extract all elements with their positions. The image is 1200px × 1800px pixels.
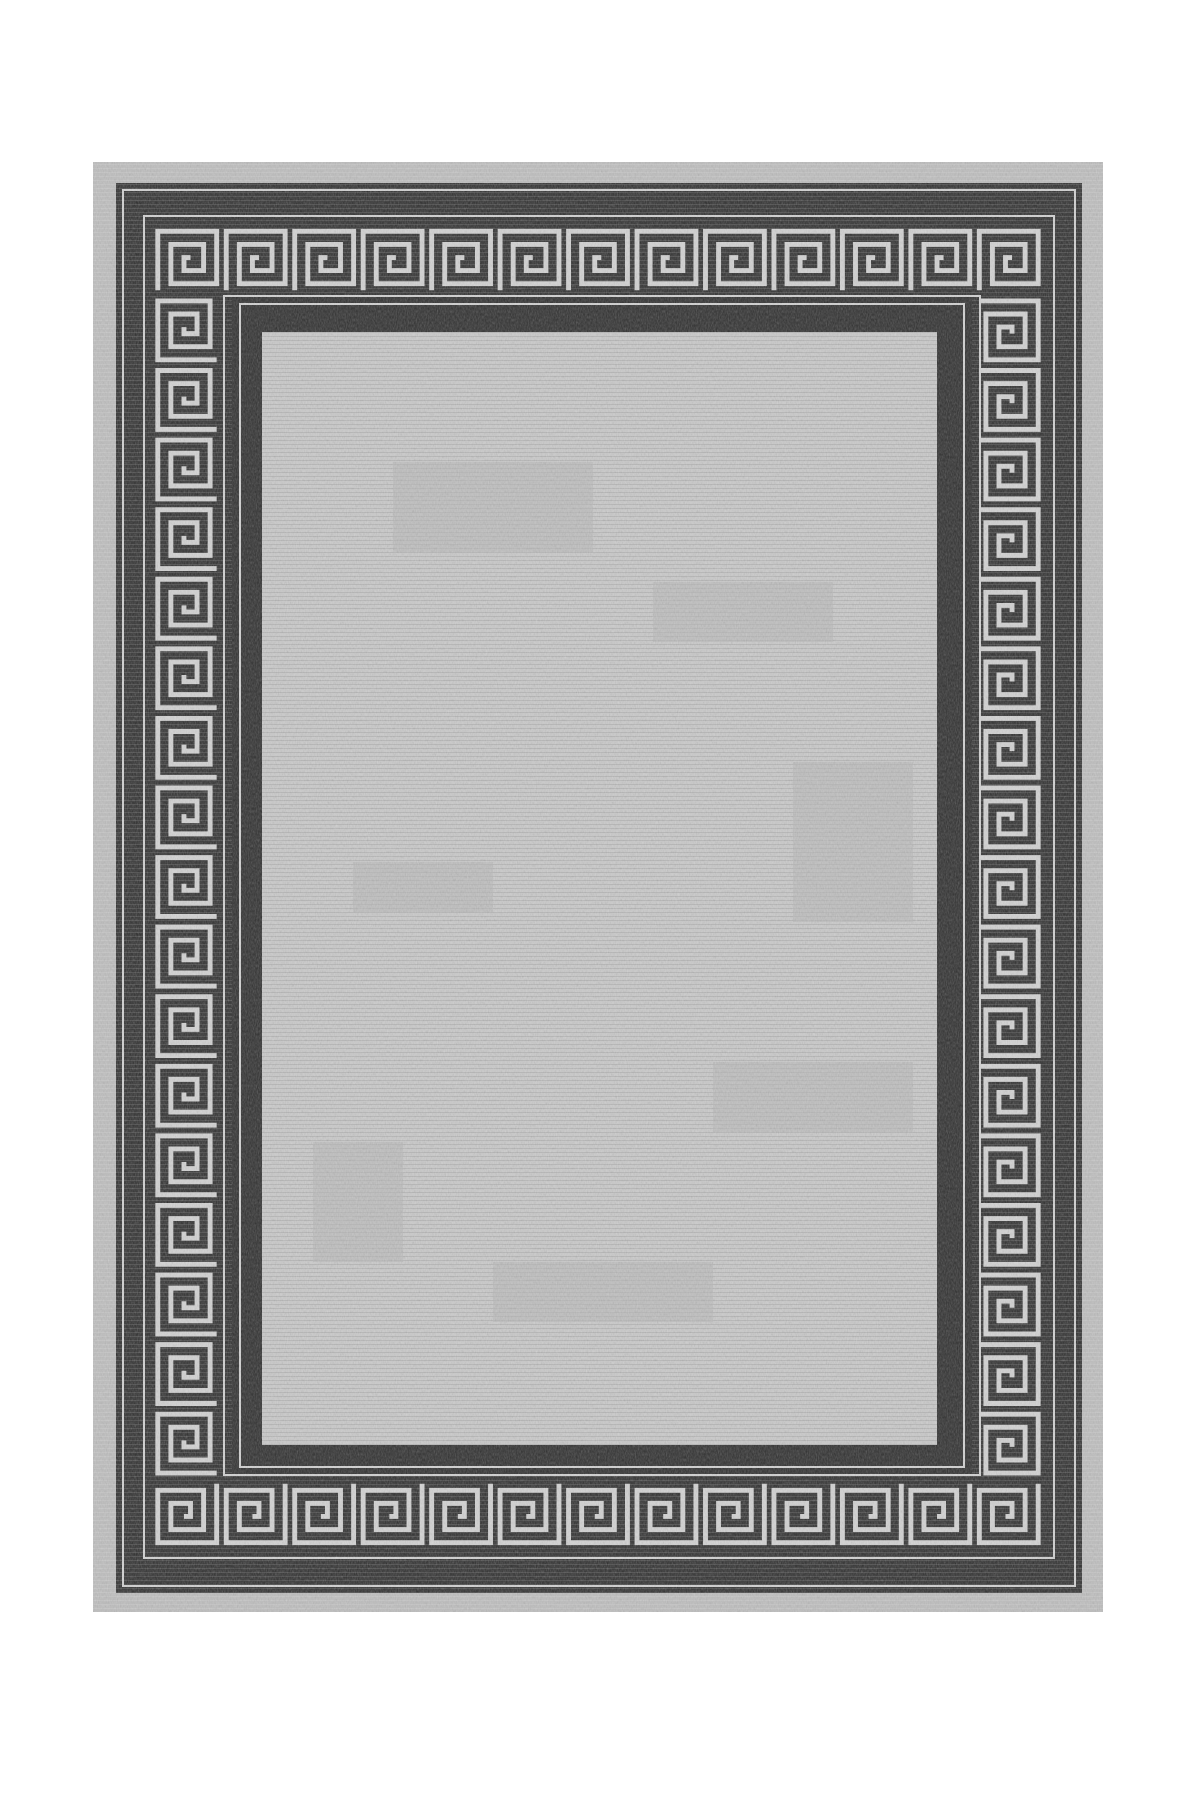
rug-image bbox=[93, 162, 1103, 1612]
rug-artwork bbox=[93, 162, 1103, 1612]
